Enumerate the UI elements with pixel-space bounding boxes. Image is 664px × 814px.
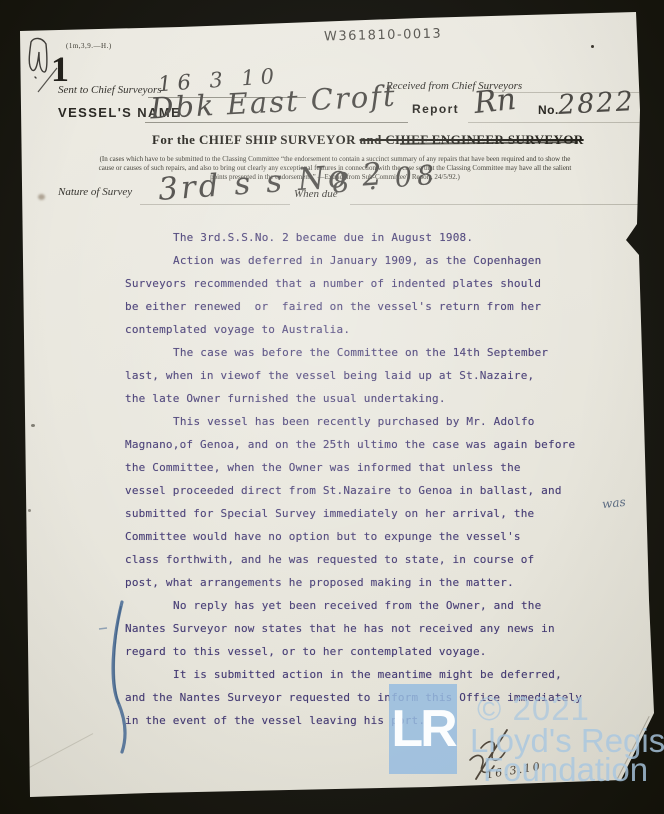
typewritten-line: be either renewed or faired on the vesse… [125, 295, 595, 318]
corner-fold-crease [617, 716, 650, 780]
report-label: Report [412, 102, 459, 116]
paper-speck [28, 509, 31, 512]
typewritten-line: contemplated voyage to Australia. [125, 318, 595, 341]
bottom-left-crease [18, 733, 94, 774]
sent-to-chief-surveyors-label: Sent to Chief Surveyors [58, 84, 162, 96]
number-label: No. [538, 103, 559, 117]
report-number-rule [468, 122, 648, 123]
typewritten-line: class forthwith, and he was requested to… [125, 548, 595, 571]
blue-margin-pen-stroke [94, 596, 138, 760]
form-heading: For the CHIEF SHIP SURVEYOR and CHIEF EN… [152, 132, 584, 148]
typewritten-line: the late Owner furnished the usual under… [125, 387, 595, 410]
typewritten-line: post, what arrangements he proposed maki… [125, 571, 595, 594]
scanned-document-photo: { "scan": { "reference_number": "W361810… [0, 0, 664, 814]
typewritten-line: last, when in viewof the vessel being la… [125, 364, 595, 387]
typewritten-line: The case was before the Committee on the… [125, 341, 595, 364]
typewritten-body-text: The 3rd.S.S.No. 2 became due in August 1… [125, 226, 595, 732]
typewritten-line: It is submitted action in the meantime m… [125, 663, 595, 686]
form-code: (1m,3,9.—H.) [66, 42, 112, 50]
nature-of-survey-label: Nature of Survey [58, 186, 132, 198]
when-due-field-rule [350, 204, 650, 205]
typewritten-line: in the event of the vessel leaving his p… [125, 709, 595, 732]
paper-speck [31, 424, 35, 427]
typewritten-line: Magnano,of Genoa, and on the 25th ultimo… [125, 433, 595, 456]
archive-reference-number: W361810-0013 [324, 26, 443, 44]
typewritten-line: the Committee, when the Owner was inform… [125, 456, 595, 479]
typewritten-line: regard to this vessel, or to her contemp… [125, 640, 595, 663]
typewritten-line: and the Nantes Surveyor requested to inf… [125, 686, 595, 709]
typewritten-line: Action was deferred in January 1909, as … [125, 249, 595, 272]
typewritten-line: No reply has yet been received from the … [125, 594, 595, 617]
typewritten-line: Nantes Surveyor now states that he has n… [125, 617, 595, 640]
typewritten-line: submitted for Special Survey immediately… [125, 502, 595, 525]
report-mark-handwritten: Rn [472, 82, 517, 121]
report-number-handwritten: 2822 [557, 86, 635, 121]
typewritten-line: Committee would have no option but to ex… [125, 525, 595, 548]
typewritten-line: Surveyors recommended that a number of i… [125, 272, 595, 295]
typewritten-line: The 3rd.S.S.No. 2 became due in August 1… [125, 226, 595, 249]
typewritten-line: This vessel has been recently purchased … [125, 410, 595, 433]
margin-note-handwritten: was [601, 495, 626, 511]
typewritten-line: vessel proceeded direct from St.Nazaire … [125, 479, 595, 502]
heading-for-chief-ship-surveyor: For the CHIEF SHIP SURVEYOR [152, 132, 360, 147]
heading-struck-chief-engineer-surveyor: and CHIEF ENGINEER SURVEYOR [360, 132, 584, 147]
document-paper: (1m,3,9.—H.) 1 W361810-0013 Sent to Chie… [0, 0, 664, 814]
pen-slash-mark [36, 64, 60, 94]
ink-speck [591, 45, 594, 48]
paper-smudge [38, 194, 45, 200]
when-due-label: When due [294, 188, 338, 200]
